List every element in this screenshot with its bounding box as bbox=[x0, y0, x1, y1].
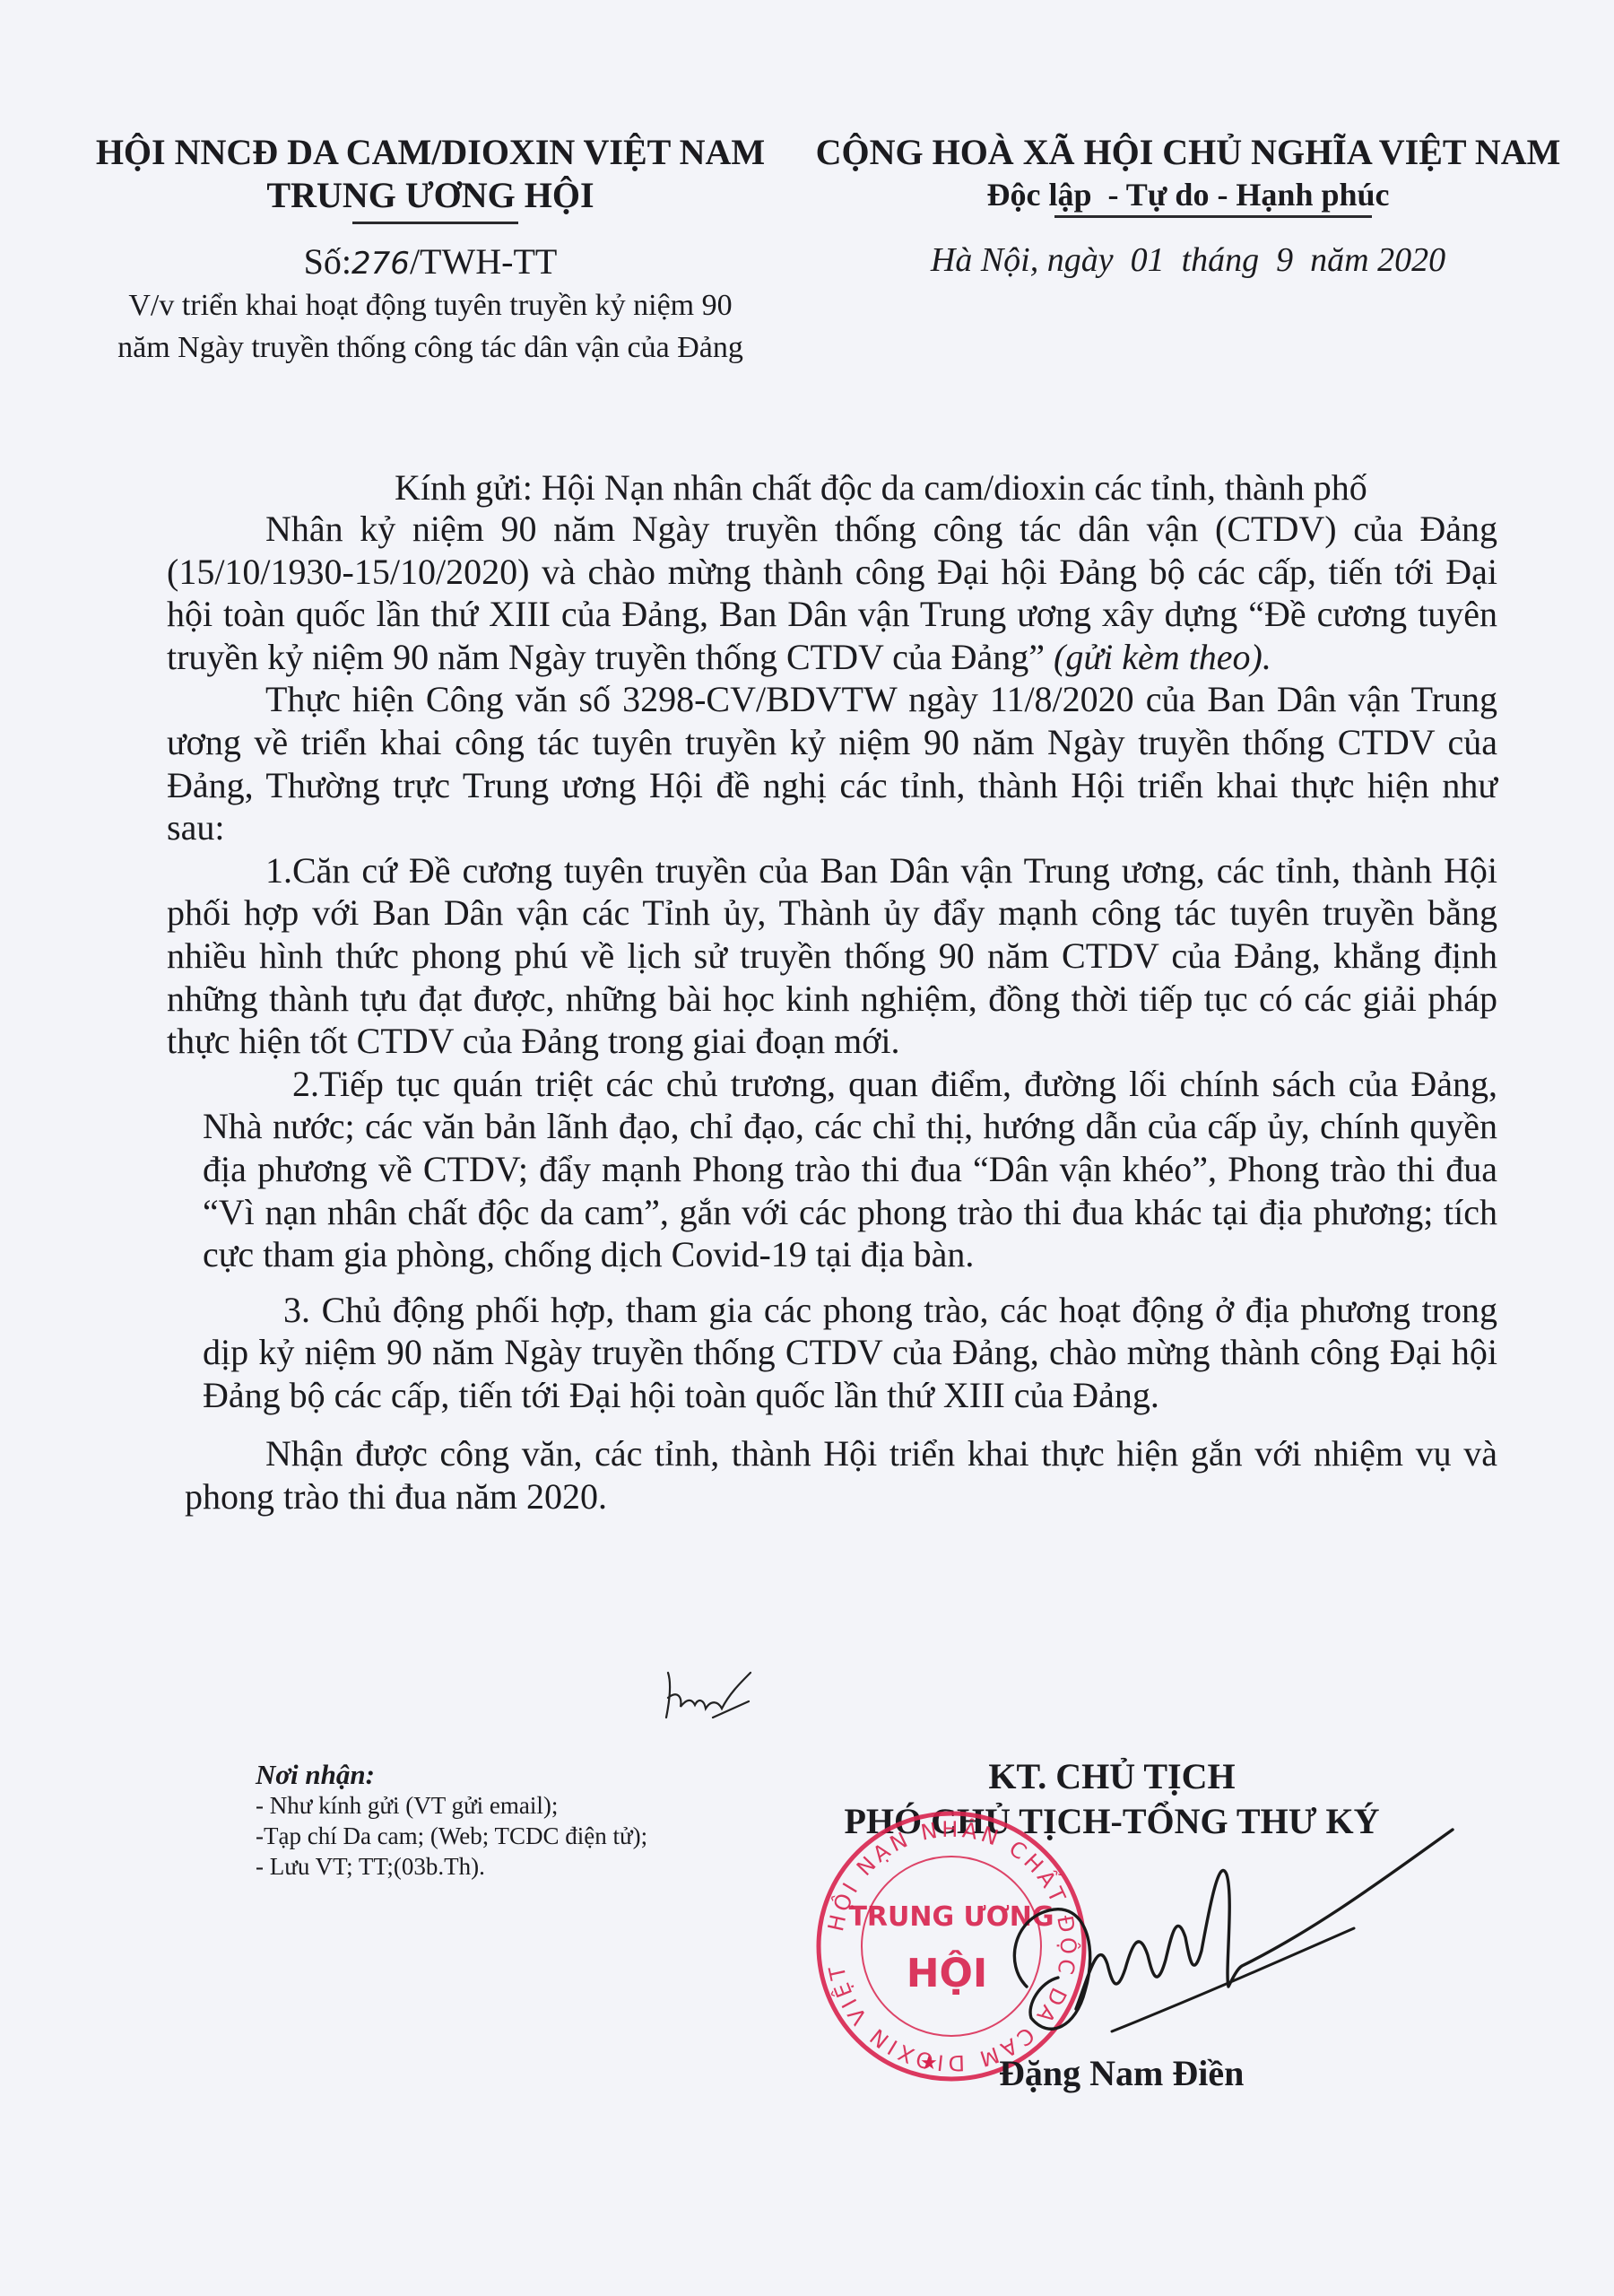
org-name-line2: TRUNG ƯƠNG HỘI bbox=[54, 174, 807, 217]
recipient-item: -Tạp chí Da cam; (Web; TCDC điện tử); bbox=[256, 1821, 647, 1851]
national-motto: Độc lập - Tự do - Hạnh phúc bbox=[798, 176, 1578, 213]
nation-title: CỘNG HOÀ XÃ HỘI CHỦ NGHĨA VIỆT NAM bbox=[798, 131, 1578, 173]
signature-title-1: KT. CHỦ TỊCH bbox=[798, 1754, 1426, 1799]
closing-paragraph: Nhận được công văn, các tỉnh, thành Hội … bbox=[167, 1432, 1497, 1518]
seal-star-icon: ★ bbox=[920, 2051, 938, 2074]
org-name-line1: HỘI NNCĐ DA CAM/DIOXIN VIỆT NAM bbox=[54, 131, 807, 174]
letter-body: Nhân kỷ niệm 90 năm Ngày truyền thống cô… bbox=[167, 508, 1497, 1518]
item-1: 1.Căn cứ Đề cương tuyên truyền của Ban D… bbox=[167, 849, 1497, 1063]
motto-underline bbox=[1054, 215, 1372, 218]
subject-line1: V/v triển khai hoạt động tuyên truyền kỷ… bbox=[54, 289, 807, 323]
org-underline bbox=[352, 222, 518, 224]
item-2: 2.Tiếp tục quán triệt các chủ trương, qu… bbox=[167, 1063, 1497, 1276]
paragraph-1-text: Nhân kỷ niệm 90 năm Ngày truyền thống cô… bbox=[167, 509, 1497, 677]
subject-line2: năm Ngày truyền thống công tác dân vận c… bbox=[54, 331, 807, 365]
addressee: Kính gửi: Hội Nạn nhân chất độc da cam/d… bbox=[395, 466, 1367, 509]
handwritten-initials bbox=[659, 1664, 758, 1726]
doc-number-suffix: /TWH-TT bbox=[410, 241, 557, 282]
recipient-item: - Lưu VT; TT;(03b.Th). bbox=[256, 1851, 647, 1882]
paragraph-1: Nhân kỷ niệm 90 năm Ngày truyền thống cô… bbox=[167, 508, 1497, 678]
doc-number: Số:276/TWH-TT bbox=[54, 240, 807, 283]
doc-number-prefix: Số: bbox=[304, 241, 351, 282]
signatory-name: Đặng Nam Điền bbox=[999, 2052, 1244, 2094]
recipients-block: Nơi nhận: - Như kính gửi (VT gửi email);… bbox=[256, 1760, 647, 1882]
item-3: 3. Chủ động phối hợp, tham gia các phong… bbox=[167, 1289, 1497, 1417]
recipient-item: - Như kính gửi (VT gửi email); bbox=[256, 1790, 647, 1821]
recipients-title: Nơi nhận: bbox=[256, 1760, 647, 1790]
doc-number-handwritten: 276 bbox=[351, 246, 410, 282]
handwritten-signature bbox=[941, 1803, 1462, 2072]
paragraph-2: Thực hiện Công văn số 3298-CV/BDVTW ngày… bbox=[167, 678, 1497, 848]
paragraph-1-note: (gửi kèm theo). bbox=[1054, 637, 1271, 677]
place-date: Hà Nội, ngày 01 tháng 9 năm 2020 bbox=[798, 240, 1578, 280]
